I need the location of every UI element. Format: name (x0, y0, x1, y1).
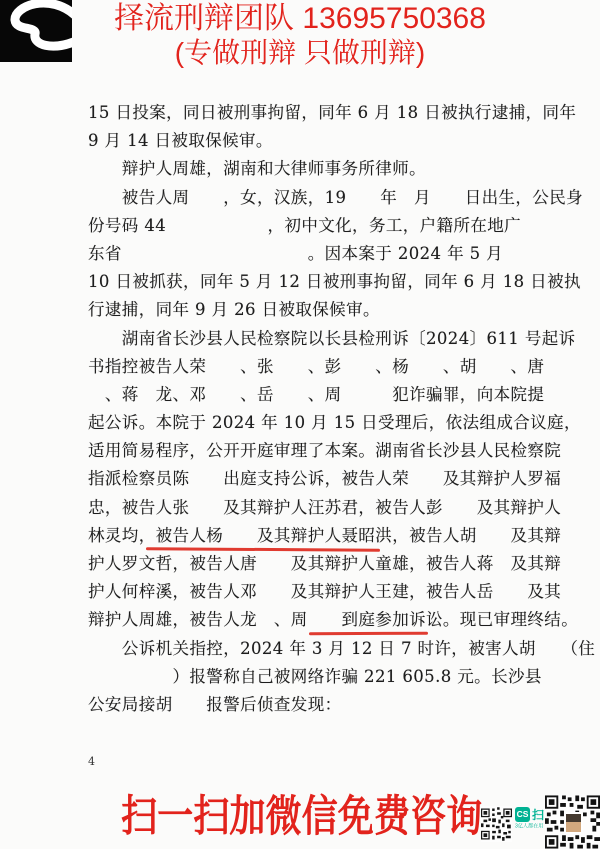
qr-code-icon (481, 806, 512, 842)
doc-line: 书指控被告人荣 、张 、彭 、杨 、胡 、唐 (88, 353, 533, 381)
wechat-qr-code-small (481, 806, 512, 842)
doc-line: 起公诉。本院于 2024 年 10 月 15 日受理后，依法组成合议庭， (88, 409, 533, 437)
page-number: 4 (88, 755, 95, 768)
doc-line: 护人何梓溪，被告人邓 及其辩护人王建，被告人岳 及其 (88, 578, 533, 606)
doc-line: ）报警称自己被网络诈骗 221 605.8 元。长沙县 (88, 663, 533, 691)
advert-team-phone: 择流刑辩团队 13695750368 (0, 2, 600, 35)
doc-line: 行逮捕，同年 9 月 26 日被取保候审。 (88, 296, 533, 324)
advert-subtitle: (专做刑辩 只做刑辩) (0, 38, 600, 69)
doc-line: 东省 。因本案于 2024 年 5 月 (88, 240, 533, 268)
scanned-legal-document-page: 择流刑辩团队 13695750368 (专做刑辩 只做刑辩) 15 日投案，同日… (0, 0, 600, 849)
doc-line: 15 日投案，同日被刑事拘留，同年 6 月 18 日被执行逮捕，同年 (88, 99, 533, 127)
doc-line: 公诉机关指控，2024 年 3 月 12 日 7 时许，被害人胡 （住 (88, 635, 533, 663)
qr-center-avatar (564, 812, 583, 834)
doc-line: 10 日被抓获，同年 5 月 12 日被刑事拘留，同年 6 月 18 日被执 (88, 268, 533, 296)
scanner-app-badge-icon: CS (515, 807, 530, 822)
doc-line: 忠，被告人张 及其辩护人汪苏君，被告人彭 及其辩护人 (88, 494, 533, 522)
doc-line: 指派检察员陈 出庭支持公诉，被告人荣 及其辩护人罗福 (88, 465, 533, 493)
doc-line: 、蒋 龙、邓 、岳 、周 犯诈骗罪，向本院提 (88, 381, 533, 409)
scanner-app-name: 扫 (532, 809, 544, 821)
doc-line: 份号码 44 ，初中文化，务工，户籍所在地广 (88, 212, 533, 240)
doc-line: 公安局接胡 报警后侦查发现： (88, 691, 533, 719)
doc-line: 辩护人周雄，湖南和大律师事务所律师。 (88, 155, 533, 183)
doc-line: 适用简易程序，公开开庭审理了本案。湖南省长沙县人民检察院 (88, 437, 533, 465)
document-body: 15 日投案，同日被刑事拘留，同年 6 月 18 日被执行逮捕，同年 9 月 1… (88, 99, 533, 719)
doc-line: 林灵均，被告人杨 及其辩护人聂昭洪，被告人胡 及其辩 (88, 522, 533, 550)
footer-wechat-cta: 扫一扫加微信免费咨询 (121, 783, 482, 844)
doc-line: 辩护人周雄，被告人龙 、周 到庭参加诉讼。现已审理终结。 (88, 606, 533, 634)
doc-line: 被告人周 ，女，汉族，19 年 月 日出生，公民身 (88, 184, 533, 212)
wechat-qr-code-large (545, 795, 600, 849)
advert-header: 择流刑辩团队 13695750368 (专做刑辩 只做刑辩) (0, 2, 600, 69)
doc-line: 9 月 14 日被取保候审。 (88, 127, 533, 155)
doc-line: 护人罗文哲，被告人唐 及其辩护人童雄，被告人蒋 及其辩 (88, 550, 533, 578)
doc-line: 湖南省长沙县人民检察院以长县检刑诉〔2024〕611 号起诉 (88, 325, 533, 353)
scanner-app-caption: 3亿人都在用 (515, 824, 549, 829)
